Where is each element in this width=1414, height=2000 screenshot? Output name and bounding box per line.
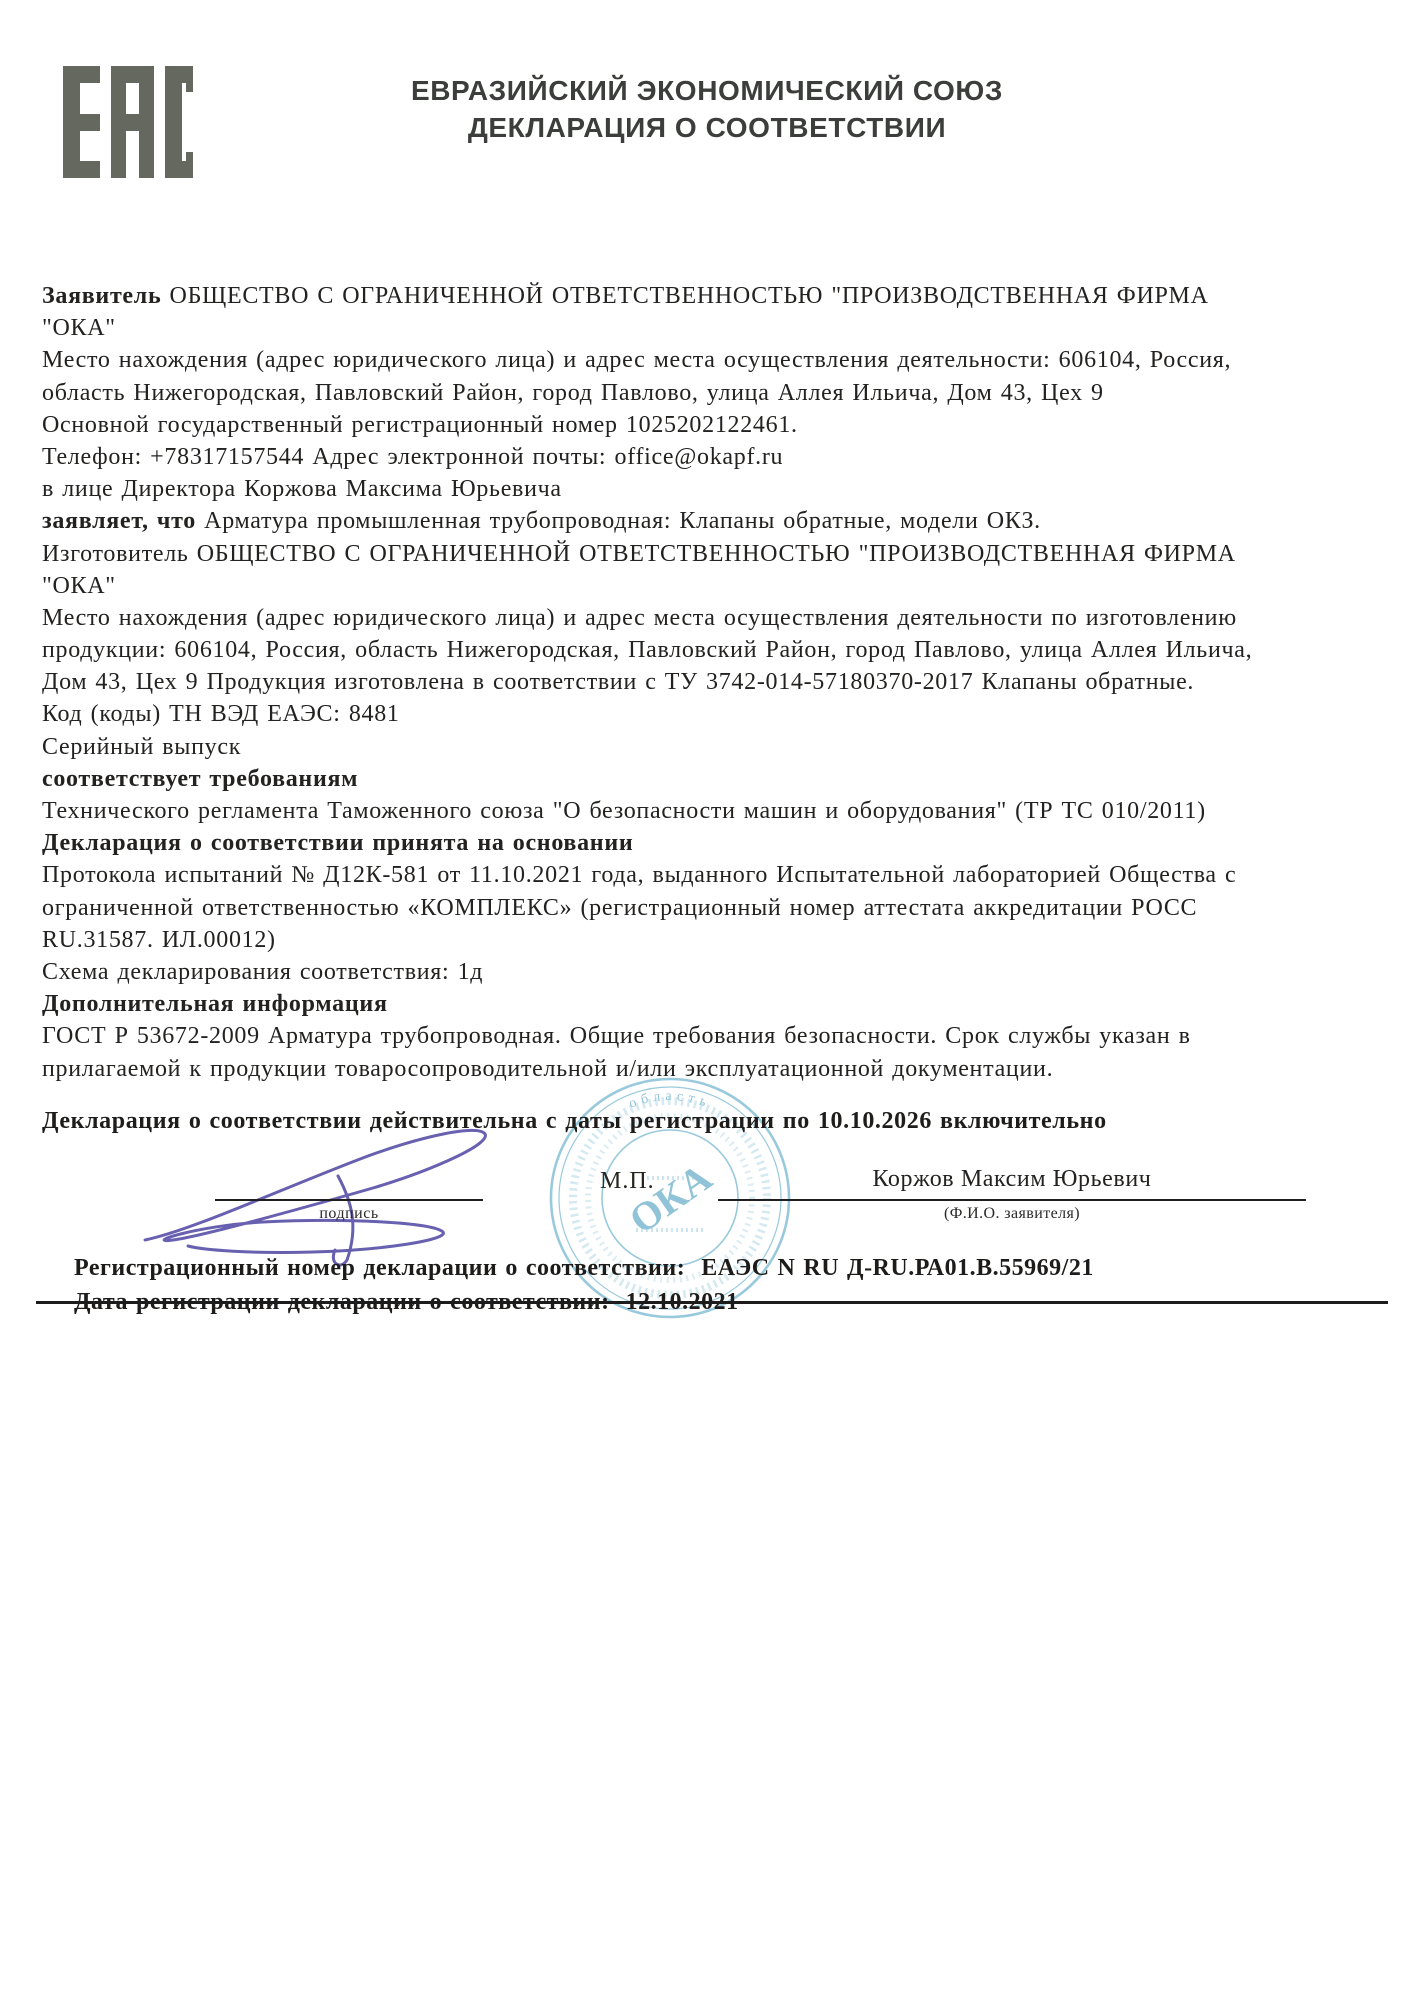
applicant-name-line xyxy=(718,1199,1306,1201)
body-line: Телефон: +78317157544 Адрес электронной … xyxy=(42,444,1392,476)
body-line-bold-segment: Дополнительная информация xyxy=(42,991,388,1017)
body-line: Заявитель ОБЩЕСТВО С ОГРАНИЧЕННОЙ ОТВЕТС… xyxy=(42,283,1392,315)
body-line-segment: Схема декларирования соответствия: 1д xyxy=(42,959,483,985)
body-line: Код (коды) ТН ВЭД ЕАЭС: 8481 xyxy=(42,701,1392,733)
body-line-bold-segment: Декларация о соответствии принята на осн… xyxy=(42,830,633,856)
stamp-place-label: М.П. xyxy=(600,1168,655,1195)
body-line-segment: "ОКА" xyxy=(42,573,116,599)
body-line-segment: Серийный выпуск xyxy=(42,734,241,760)
body-line-segment: Место нахождения (адрес юридического лиц… xyxy=(42,347,1231,373)
body-line: Декларация о соответствии принята на осн… xyxy=(42,830,1392,862)
body-line: Изготовитель ОБЩЕСТВО С ОГРАНИЧЕННОЙ ОТВ… xyxy=(42,541,1392,573)
body-line: Протокола испытаний № Д12К-581 от 11.10.… xyxy=(42,862,1392,894)
body-line: Место нахождения (адрес юридического лиц… xyxy=(42,347,1392,379)
body-line-segment: продукции: 606104, Россия, область Нижег… xyxy=(42,637,1252,663)
body-line-segment: Дом 43, Цех 9 Продукция изготовлена в со… xyxy=(42,669,1194,695)
body-line-segment: Протокола испытаний № Д12К-581 от 11.10.… xyxy=(42,862,1236,888)
body-lines: Заявитель ОБЩЕСТВО С ОГРАНИЧЕННОЙ ОТВЕТС… xyxy=(42,283,1392,1088)
body-line: RU.31587. ИЛ.00012) xyxy=(42,927,1392,959)
body-line: соответствует требованиям xyxy=(42,766,1392,798)
body-line: ГОСТ Р 53672-2009 Арматура трубопроводна… xyxy=(42,1023,1392,1055)
body-line: заявляет, что Арматура промышленная труб… xyxy=(42,508,1392,540)
declaration-document: ЕВРАЗИЙСКИЙ ЭКОНОМИЧЕСКИЙ СОЮЗ ДЕКЛАРАЦИ… xyxy=(0,0,1414,2000)
body-line-bold-segment: соответствует требованиям xyxy=(42,766,358,792)
body-line-segment: Технического регламента Таможенного союз… xyxy=(42,798,1206,824)
body-line-segment: Телефон: +78317157544 Адрес электронной … xyxy=(42,444,783,470)
body-line: Серийный выпуск xyxy=(42,734,1392,766)
body-line-bold-segment: заявляет, что xyxy=(42,508,204,534)
body-line-segment: область Нижегородская, Павловский Район,… xyxy=(42,380,1104,406)
applicant-name-caption: (Ф.И.О. заявителя) xyxy=(718,1205,1306,1223)
body-line: Основной государственный регистрационный… xyxy=(42,412,1392,444)
body-line: область Нижегородская, Павловский Район,… xyxy=(42,380,1392,412)
signature-line xyxy=(215,1199,483,1201)
registration-number-value: ЕАЭС N RU Д-RU.РА01.В.55969/21 xyxy=(701,1255,1094,1281)
body-line-segment: Основной государственный регистрационный… xyxy=(42,412,798,438)
body-line: в лице Директора Коржова Максима Юрьевич… xyxy=(42,476,1392,508)
body-line: Место нахождения (адрес юридического лиц… xyxy=(42,605,1392,637)
body-line-segment: ОБЩЕСТВО С ОГРАНИЧЕННОЙ ОТВЕТСТВЕННОСТЬЮ… xyxy=(170,283,1209,309)
body-line-segment: ГОСТ Р 53672-2009 Арматура трубопроводна… xyxy=(42,1023,1191,1049)
applicant-name: Коржов Максим Юрьевич xyxy=(718,1166,1306,1193)
body-line: Дом 43, Цех 9 Продукция изготовлена в со… xyxy=(42,669,1392,701)
document-title: ЕВРАЗИЙСКИЙ ЭКОНОМИЧЕСКИЙ СОЮЗ ДЕКЛАРАЦИ… xyxy=(0,72,1414,146)
title-line-1: ЕВРАЗИЙСКИЙ ЭКОНОМИЧЕСКИЙ СОЮЗ xyxy=(0,72,1414,109)
body-line-bold-segment: Заявитель xyxy=(42,283,170,309)
body-line: Схема декларирования соответствия: 1д xyxy=(42,959,1392,991)
body-line-segment: Место нахождения (адрес юридического лиц… xyxy=(42,605,1237,631)
body-line-segment: RU.31587. ИЛ.00012) xyxy=(42,927,276,953)
bottom-divider xyxy=(36,1301,1388,1304)
title-line-2: ДЕКЛАРАЦИЯ О СООТВЕТСТВИИ xyxy=(0,109,1414,146)
body-line-segment: Изготовитель ОБЩЕСТВО С ОГРАНИЧЕННОЙ ОТВ… xyxy=(42,541,1236,567)
body-line-segment: ограниченной ответственностью «КОМПЛЕКС»… xyxy=(42,895,1197,921)
body-line: "ОКА" xyxy=(42,573,1392,605)
signature-caption: подпись xyxy=(215,1205,483,1223)
body-line-segment: Код (коды) ТН ВЭД ЕАЭС: 8481 xyxy=(42,701,400,727)
body-line-segment: "ОКА" xyxy=(42,315,116,341)
body-line-segment: Арматура промышленная трубопроводная: Кл… xyxy=(204,508,1041,534)
body-line: Технического регламента Таможенного союз… xyxy=(42,798,1392,830)
body-line-segment: в лице Директора Коржова Максима Юрьевич… xyxy=(42,476,562,502)
body-line: ограниченной ответственностью «КОМПЛЕКС»… xyxy=(42,895,1392,927)
body-line: Дополнительная информация xyxy=(42,991,1392,1023)
body-line: продукции: 606104, Россия, область Нижег… xyxy=(42,637,1392,669)
body-line: "ОКА" xyxy=(42,315,1392,347)
